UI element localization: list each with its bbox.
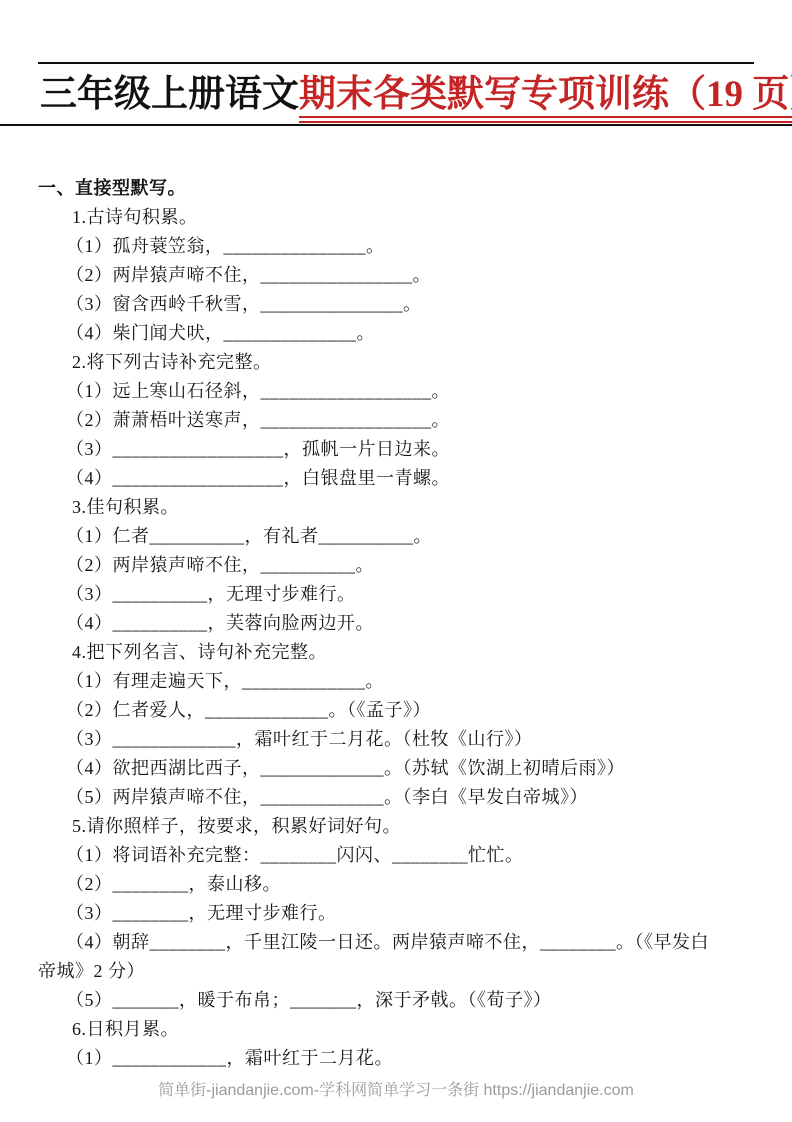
worksheet-line-item: （5）两岸猿声啼不住，_____________。（李白《早发白帝城》） — [38, 783, 754, 812]
worksheet-line-item: （4）朝辞________，千里江陵一日还。两岸猿声啼不住，________。（… — [38, 928, 754, 957]
worksheet-body: 一、直接型默写。1.古诗句积累。（1）孤舟蓑笠翁，_______________… — [38, 174, 754, 1073]
worksheet-line-item: （2）两岸猿声啼不住，__________。 — [38, 551, 754, 580]
worksheet-line-item: （1）仁者__________，有礼者__________。 — [38, 522, 754, 551]
worksheet-line-item: （1）远上寒山石径斜，__________________。 — [38, 377, 754, 406]
worksheet-line-section: 3.佳句积累。 — [38, 493, 754, 522]
title-bottom-rule — [0, 124, 792, 126]
worksheet-line-continuation: 帝城》2 分） — [38, 957, 754, 986]
worksheet-line-item: （4）欲把西湖比西子，_____________。（苏轼《饮湖上初晴后雨》） — [38, 754, 754, 783]
page-title: 三年级上册语文期末各类默写专项训练（19 页） — [38, 64, 754, 124]
worksheet-line-item: （3）__________________，孤帆一片日边来。 — [38, 435, 754, 464]
worksheet-line-section: 2.将下列古诗补充完整。 — [38, 348, 754, 377]
title-red-text: 期末各类默写专项训练（19 页） — [299, 74, 792, 123]
worksheet-line-section: 1.古诗句积累。 — [38, 203, 754, 232]
footer-watermark: 简单街-jiandanjie.com-学科网简单学习一条街 https://ji… — [38, 1080, 754, 1102]
worksheet-line-section: 5.请你照样子，按要求，积累好词好句。 — [38, 812, 754, 841]
title-black-text: 三年级上册语文 — [40, 74, 299, 115]
worksheet-line-item: （2）萧萧梧叶送寒声，__________________。 — [38, 406, 754, 435]
worksheet-line-item: （1）孤舟蓑笠翁，_______________。 — [38, 232, 754, 261]
worksheet-line-item: （3）__________，无理寸步难行。 — [38, 580, 754, 609]
worksheet-line-section: 6.日积月累。 — [38, 1015, 754, 1044]
worksheet-line-item: （5）_______，暖于布帛；_______，深于矛戟。（《荀子》） — [38, 986, 754, 1015]
worksheet-line-item: （4）柴门闻犬吠，______________。 — [38, 319, 754, 348]
worksheet-line-item: （1）有理走遍天下，_____________。 — [38, 667, 754, 696]
worksheet-line-item: （4）__________________，白银盘里一青螺。 — [38, 464, 754, 493]
worksheet-line-item: （2）________，泰山移。 — [38, 870, 754, 899]
title-block: 三年级上册语文期末各类默写专项训练（19 页） — [38, 62, 754, 126]
worksheet-line-item: （3）窗含西岭千秋雪，_______________。 — [38, 290, 754, 319]
worksheet-line-item: （2）两岸猿声啼不住，________________。 — [38, 261, 754, 290]
worksheet-line-item: （1）将词语补充完整：________闪闪、________忙忙。 — [38, 841, 754, 870]
worksheet-line-heading: 一、直接型默写。 — [38, 174, 754, 203]
worksheet-line-item: （3）_____________，霜叶红于二月花。（杜牧《山行》） — [38, 725, 754, 754]
worksheet-line-item: （3）________，无理寸步难行。 — [38, 899, 754, 928]
worksheet-page: 三年级上册语文期末各类默写专项训练（19 页） 一、直接型默写。1.古诗句积累。… — [0, 0, 792, 1122]
worksheet-line-item: （4）__________，芙蓉向脸两边开。 — [38, 609, 754, 638]
worksheet-line-section: 4.把下列名言、诗句补充完整。 — [38, 638, 754, 667]
worksheet-line-item: （1）____________，霜叶红于二月花。 — [38, 1044, 754, 1073]
worksheet-line-item: （2）仁者爱人，_____________。（《孟子》） — [38, 696, 754, 725]
